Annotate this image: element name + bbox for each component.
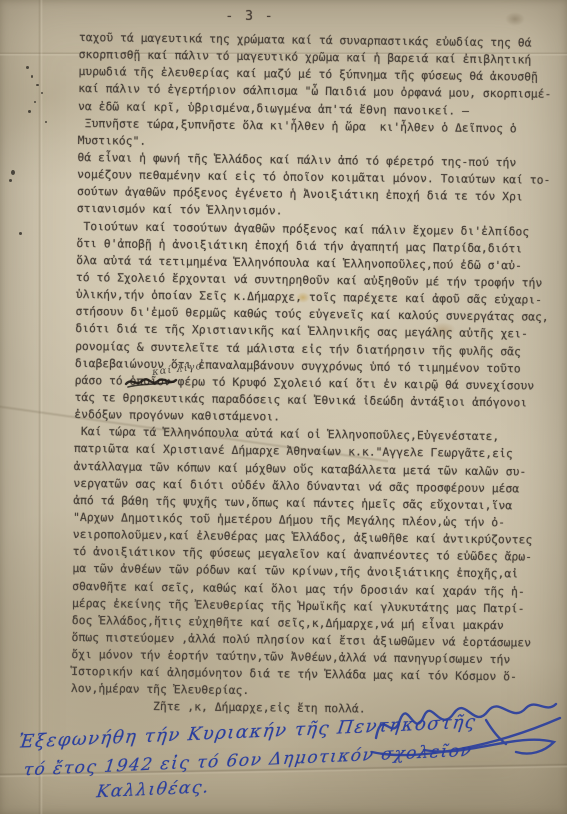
paper-stain [505,12,525,26]
page-number: - 3 - [180,9,320,24]
scanned-document-page: - 3 - ταχοῦ τά μαγευτικά της χρώματα καί… [0,0,567,814]
paper-crease [38,0,43,814]
handwritten-note-line: Καλλιθέας. [95,777,211,802]
ink-scribble-overwrite [124,373,178,391]
